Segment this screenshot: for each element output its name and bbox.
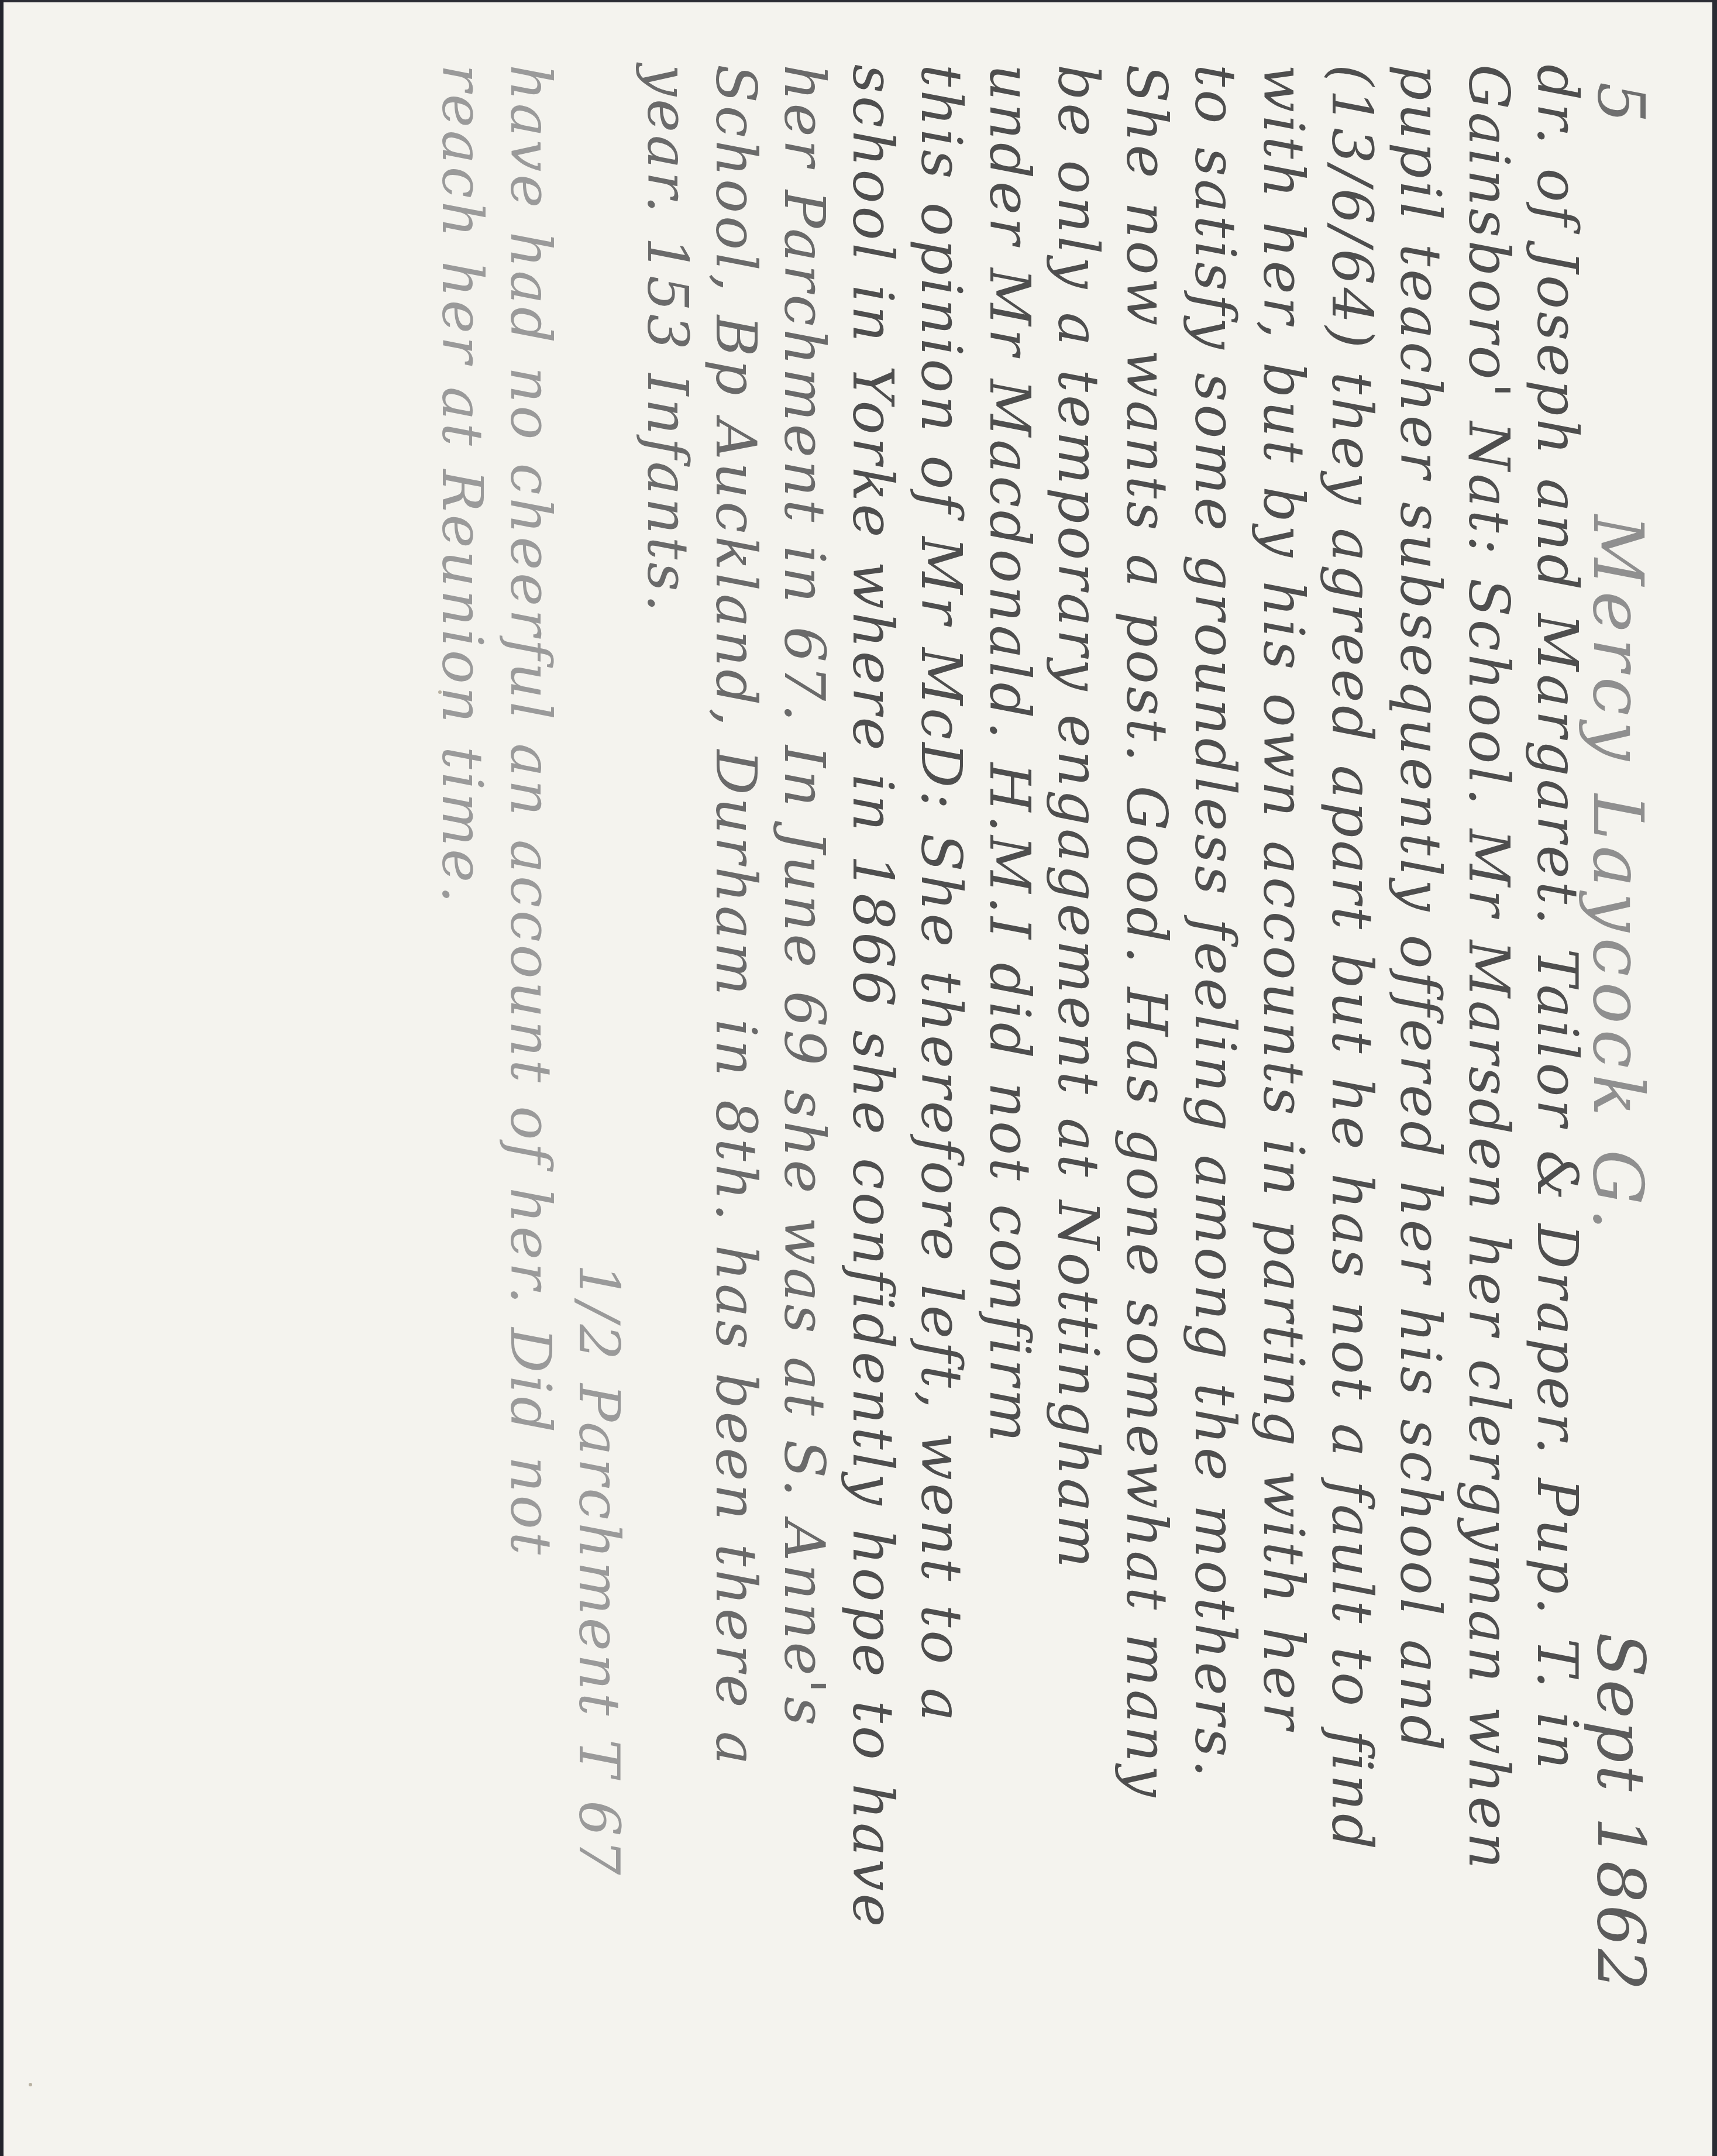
body-line: She now wants a post. Good. Has gone som… <box>1112 64 1181 2112</box>
body-line-annotation: 1/2 Parchment T 67 <box>565 64 633 2112</box>
body-line: to satisfy some groundless feeling among… <box>1181 64 1249 2112</box>
body-line: under Mr Macdonald. H.M.I did not confir… <box>975 64 1044 2112</box>
body-line: with her, but by his own accounts in par… <box>1249 64 1317 2112</box>
scanned-page-frame: 5 Mercy Laycock G. Sept 1862 dr. of Jose… <box>0 0 1717 2156</box>
page-number: 5 <box>1584 82 1658 125</box>
body-line: school in Yorke where in 1866 she confid… <box>838 64 907 2112</box>
body-line: year. 153 Infants. <box>633 64 701 2112</box>
record-date: Sept 1862 <box>1582 1632 1658 1993</box>
paper-speck <box>29 2083 32 2086</box>
body-line: be only a temporary engagement at Nottin… <box>1044 64 1112 2112</box>
paper-speck <box>438 690 442 694</box>
body-line: pupil teacher subsequently offered her h… <box>1386 64 1454 2112</box>
handwritten-page: 5 Mercy Laycock G. Sept 1862 dr. of Jose… <box>0 0 1717 2156</box>
body-line: this opinion of Mr McD: She therefore le… <box>907 64 975 2112</box>
body-line: reach her at Reunion time. <box>428 64 496 2112</box>
body-line: Gainsboro' Nat: School. Mr Marsden her c… <box>1454 64 1523 2112</box>
body-line: (13/6/64) they agreed apart but he has n… <box>1317 64 1386 2112</box>
body-line: dr. of Joseph and Margaret. Tailor & Dra… <box>1523 64 1591 2112</box>
body-line: School, Bp Auckland, Durham in 8th. has … <box>701 64 770 2112</box>
body-line: have had no cheerful an account of her. … <box>496 64 565 2112</box>
body-line: her Parchment in 67. In June 69 she was … <box>770 64 838 2112</box>
record-body: dr. of Joseph and Margaret. Tailor & Dra… <box>428 64 1591 2112</box>
